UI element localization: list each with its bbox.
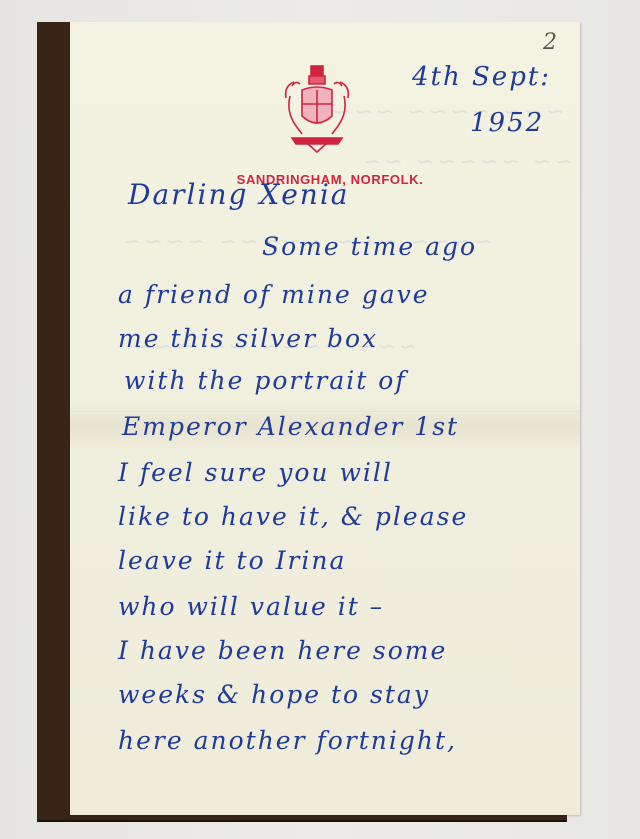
royal-coat-of-arms-icon bbox=[280, 62, 354, 154]
letter-line: I have been here some bbox=[118, 636, 447, 665]
letter-line: Some time ago bbox=[262, 232, 477, 261]
letter-line: Emperor Alexander 1st bbox=[122, 412, 459, 441]
date-day-month: 4th Sept: bbox=[412, 62, 551, 92]
letter-line: here another fortnight, bbox=[118, 726, 457, 755]
letter-line: with the portrait of bbox=[124, 366, 407, 395]
letter-line: leave it to Irina bbox=[118, 546, 346, 575]
letter-line: I feel sure you will bbox=[118, 458, 393, 487]
date-year: 1952 bbox=[470, 108, 544, 138]
letter-line: weeks & hope to stay bbox=[118, 680, 430, 709]
photo-stage: ~~~ ~~~~ ~~~ ~~ ~~~~~ ~~ ~~~~ ~~~ ~~~~~ … bbox=[0, 0, 640, 839]
letter-line: like to have it, & please bbox=[118, 502, 468, 531]
letter-line: me this silver box bbox=[118, 324, 378, 353]
salutation: Darling Xenia bbox=[128, 178, 349, 211]
letter-line: a friend of mine gave bbox=[118, 280, 430, 309]
letter-line: who will value it – bbox=[118, 592, 384, 621]
page-number: 2 bbox=[543, 30, 557, 55]
